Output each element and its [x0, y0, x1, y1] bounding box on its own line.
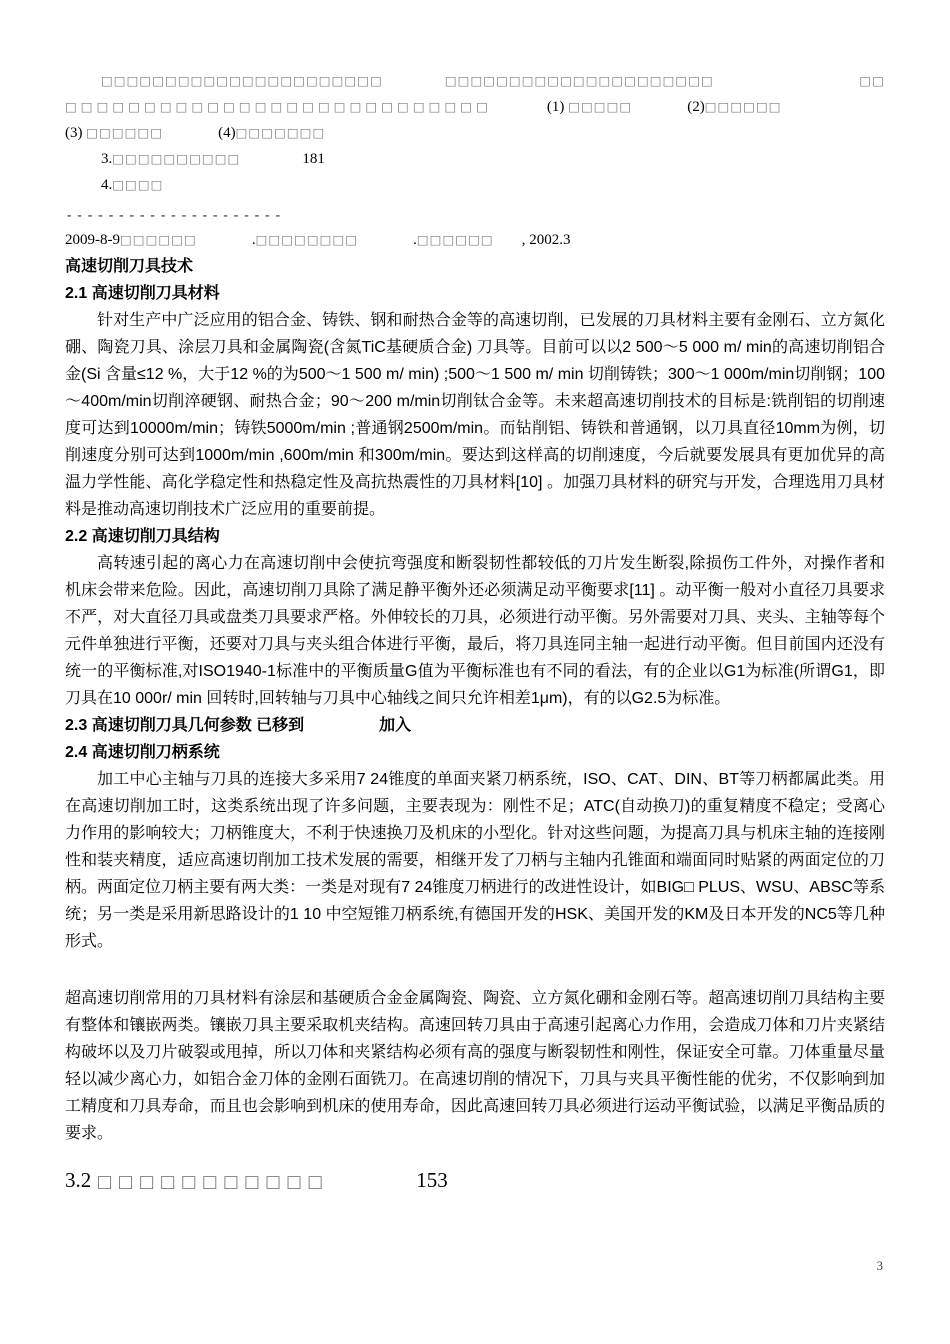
missing-glyph-run: □□□□□□□: [236, 120, 326, 146]
missing-glyph-run: □□□□□□□□: [256, 227, 358, 253]
missing-glyph-run: □□□□□□□□□□□□□□□□□□□□□: [445, 68, 714, 94]
article-title: 高速切削刀具技术: [65, 253, 885, 280]
section-heading-2-4: 2.4 高速切削刀柄系统: [65, 739, 885, 766]
missing-glyph-run: □□□□□□□□□□□: [97, 1167, 329, 1197]
list-marker-2: (2): [687, 94, 705, 120]
toc-fragment-block: □□□□□□□□□□□□□□□□□□□□□□ □□□□□□□□□□□□□□□□□…: [65, 68, 885, 198]
section-number: 3.2: [65, 1165, 91, 1195]
list-marker-3: (3): [65, 120, 83, 146]
section-heading-text: 2.1 高速切削刀具材料: [65, 280, 220, 307]
toc-line-1: □□□□□□□□□□□□□□□□□□□□□□ □□□□□□□□□□□□□□□□□…: [65, 68, 885, 94]
missing-glyph-run: □□□□□: [568, 94, 632, 120]
citation-line: 2009-8-9 □□□□□□ . □□□□□□□□ . □□□□□□ , 20…: [65, 227, 885, 253]
section-heading-2-2: 2.2 高速切削刀具结构: [65, 523, 885, 550]
missing-glyph-run: □□□□□□: [417, 227, 494, 253]
section-2-4-paragraph: 加工中心主轴与刀具的连接大多采用7 24锥度的单面夹紧刀柄系统，ISO、CAT、…: [65, 766, 885, 955]
missing-glyph-run: □□: [859, 68, 885, 94]
list-marker-4: (4): [218, 120, 236, 146]
list-marker-5: 3.: [101, 146, 112, 172]
standalone-paragraph: 超高速切削常用的刀具材料有涂层和基硬质合金金属陶瓷、陶瓷、立方氮化硼和金刚石等。…: [65, 985, 885, 1147]
section-heading-2-1: 2.1 高速切削刀具材料: [65, 280, 885, 307]
citation-date: 2009-8-9: [65, 227, 120, 253]
missing-glyph-run: □□□□□□: [120, 227, 197, 253]
toc-page-ref-153: 153: [416, 1165, 448, 1195]
footnote-divider: ---------------------: [65, 207, 885, 225]
toc-line-4: 3. □□□□□□□□□□ 181: [65, 146, 885, 172]
document-page: □□□□□□□□□□□□□□□□□□□□□□ □□□□□□□□□□□□□□□□□…: [0, 0, 950, 1344]
section-heading-suffix: 加入: [379, 712, 411, 739]
section-2-2-paragraph: 高转速引起的离心力在高速切削中会使抗弯强度和断裂韧性都较低的刀片发生断裂,除损伤…: [65, 550, 885, 712]
list-marker-6: 4.: [101, 172, 112, 198]
missing-glyph-run: □□□□□□□□□□□□□□□□□□□□□□□□□□□: [65, 94, 492, 120]
section-2-1-paragraph: 针对生产中广泛应用的铝合金、铸铁、钢和耐热合金等的高速切削，已发展的刀具材料主要…: [65, 307, 885, 523]
toc-page-ref-181: 181: [302, 146, 325, 172]
bottom-section-heading-3-2: 3.2 □□□□□□□□□□□ 153: [65, 1165, 885, 1197]
section-heading-2-3: 2.3 高速切削刀具几何参数 已移到 加入: [65, 712, 885, 739]
list-marker-1: (1): [547, 94, 565, 120]
missing-glyph-run: □□□□□□: [86, 120, 163, 146]
citation-year: , 2002.3: [522, 227, 571, 253]
section-heading-text: 2.4 高速切削刀柄系统: [65, 739, 220, 766]
toc-line-3: (3) □□□□□□ (4) □□□□□□□: [65, 120, 885, 146]
section-heading-text: 2.3 高速切削刀具几何参数 已移到: [65, 712, 304, 739]
toc-line-5: 4. □□□□: [65, 172, 885, 198]
missing-glyph-run: □□□□: [112, 172, 163, 198]
missing-glyph-run: □□□□□□□□□□□□□□□□□□□□□□: [101, 68, 383, 94]
missing-glyph-run: □□□□□□□□□□: [112, 146, 240, 172]
section-heading-text: 2.2 高速切削刀具结构: [65, 523, 220, 550]
missing-glyph-run: □□□□□□: [705, 94, 782, 120]
page-number: 3: [877, 1258, 884, 1274]
toc-line-2: □□□□□□□□□□□□□□□□□□□□□□□□□□□ (1) □□□□□ (2…: [65, 94, 885, 120]
